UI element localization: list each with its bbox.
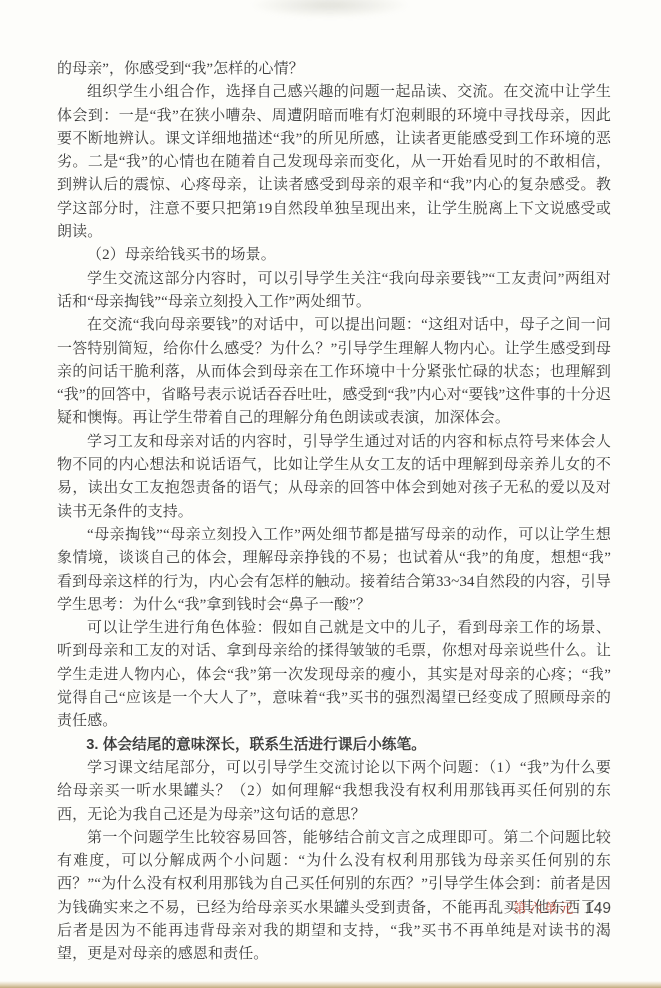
page-bottom-edge: [0, 981, 661, 988]
paragraph-dialogue-asking-money: 在交流“我向母亲要钱”的对话中，可以提出问题：“这组对话中，母子之间一问一答特别…: [57, 314, 611, 430]
paragraph-role-experience: 可以让学生进行角色体验：假如自己就是文中的儿子，看到母亲工作的场景、听到母亲和工…: [57, 617, 611, 733]
page-number: 149: [585, 900, 611, 918]
subheading-scene-2: （2）母亲给钱买书的场景。: [57, 244, 611, 267]
paragraph-ending-questions: 学习课文结尾部分，可以引导学生交流讨论以下两个问题：（1）“我”为什么要给母亲买…: [57, 757, 611, 827]
page-footer: 第六单元 149: [513, 897, 611, 918]
paragraph-continuation: 的母亲”，你感受到“我”怎样的心情？: [57, 58, 611, 81]
paragraph-student-exchange: 学生交流这部分内容时，可以引导学生关注“我向母亲要钱”“工友责问”两组对话和“母…: [57, 268, 611, 315]
page: 的母亲”，你感受到“我”怎样的心情？ 组织学生小组合作，选择自己感兴趣的问题一起…: [0, 0, 661, 988]
paragraph-detail-actions: “母亲掏钱”“母亲立刻投入工作”两处细节都是描写母亲的动作，可以让学生想象情境，…: [57, 524, 611, 617]
scan-smudge-artifact: [250, 0, 410, 18]
text-column: 的母亲”，你感受到“我”怎样的心情？ 组织学生小组合作，选择自己感兴趣的问题一起…: [57, 58, 611, 967]
unit-label: 第六单元: [513, 897, 575, 917]
section-heading-3: 3. 体会结尾的意味深长，联系生活进行课后小练笔。: [57, 734, 611, 757]
paragraph-coworker-dialogue: 学习工友和母亲对话的内容时，引导学生通过对话的内容和标点符号来体会人物不同的内心…: [57, 431, 611, 524]
paragraph-group-discussion: 组织学生小组合作，选择自己感兴趣的问题一起品读、交流。在交流中让学生体会到：一是…: [57, 81, 611, 244]
